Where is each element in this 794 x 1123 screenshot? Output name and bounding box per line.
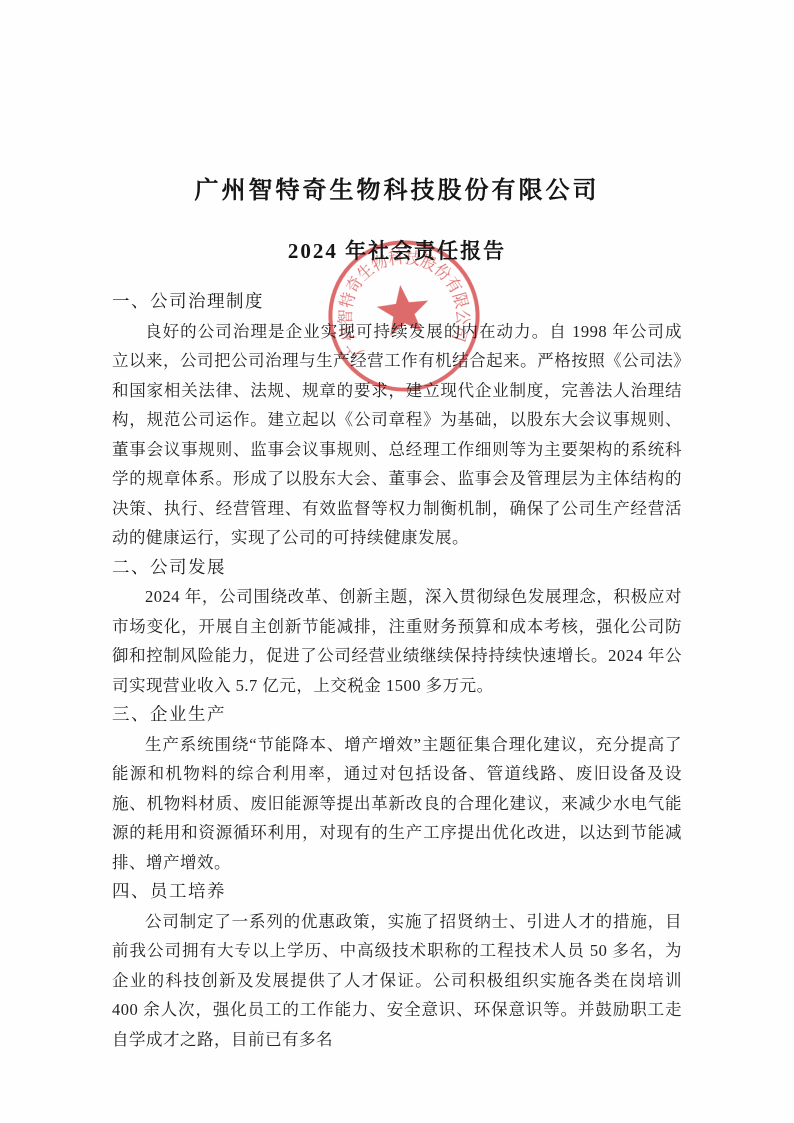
section-company-development: 二、公司发展 2024 年，公司围绕改革、创新主题，深入贯彻绿色发展理念，积极应…	[112, 553, 682, 701]
document-title: 广州智特奇生物科技股份有限公司	[112, 176, 682, 206]
section-paragraph-production: 生产系统围绕“节能降本、增产增效”主题征集合理化建议，充分提高了能源和机物料的综…	[112, 730, 682, 878]
document-content: 广州智特奇生物科技股份有限公司 2024 年社会责任报告 一、公司治理制度 良好…	[112, 176, 682, 1054]
section-heading-training: 四、员工培养	[112, 877, 682, 907]
section-enterprise-production: 三、企业生产 生产系统围绕“节能降本、增产增效”主题征集合理化建议，充分提高了能…	[112, 700, 682, 877]
section-corporate-governance: 一、公司治理制度 良好的公司治理是企业实现可持续发展的内在动力。自 1998 年…	[112, 287, 682, 553]
section-employee-training: 四、员工培养 公司制定了一系列的优惠政策，实施了招贤纳士、引进人才的措施，目前我…	[112, 877, 682, 1054]
section-heading-production: 三、企业生产	[112, 700, 682, 730]
section-heading-development: 二、公司发展	[112, 553, 682, 583]
section-paragraph-governance: 良好的公司治理是企业实现可持续发展的内在动力。自 1998 年公司成立以来，公司…	[112, 317, 682, 553]
section-paragraph-training: 公司制定了一系列的优惠政策，实施了招贤纳士、引进人才的措施，目前我公司拥有大专以…	[112, 907, 682, 1055]
section-paragraph-development: 2024 年，公司围绕改革、创新主题，深入贯彻绿色发展理念，积极应对市场变化，开…	[112, 582, 682, 700]
document-page: 广州智特奇生物科技股份有限公司 广州智特奇生物科技股份有限公司 2024 年社会…	[0, 0, 794, 1123]
document-subtitle: 2024 年社会责任报告	[112, 236, 682, 266]
section-heading-governance: 一、公司治理制度	[112, 287, 682, 317]
